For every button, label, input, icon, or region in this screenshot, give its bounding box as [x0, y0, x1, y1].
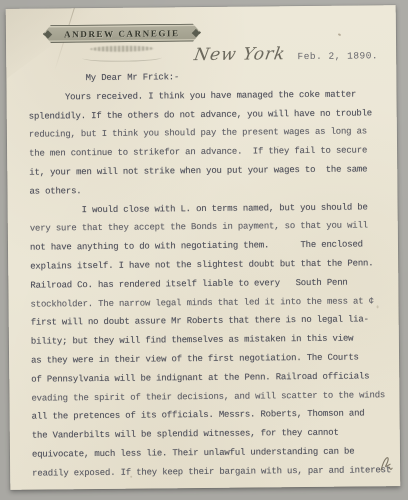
- letterhead-swash-ornament: [82, 53, 162, 62]
- letter-line: readily exposed. If they keep their barg…: [32, 461, 390, 483]
- letter-line: the men continue to strikefor an advance…: [29, 141, 387, 163]
- letter-body: My Dear Mr Frick:- Yours received. I thi…: [28, 66, 390, 483]
- letterhead: ANDREW CARNEGIE: [36, 23, 208, 65]
- letter-line: very sure that they accept the Bonds in …: [30, 217, 388, 239]
- banner-tip-ornament: [192, 29, 200, 37]
- letter-line: evading the spirit of their decisions, a…: [31, 386, 389, 408]
- letterhead-subtext-flourish: [90, 45, 154, 52]
- banner-tip-ornament: [44, 30, 52, 38]
- letterhead-banner: ANDREW CARNEGIE: [43, 23, 201, 44]
- dateline: New York Feb. 2, 1890.: [194, 43, 378, 65]
- paper-stain-speck: [338, 33, 342, 36]
- letter-paper: ANDREW CARNEGIE New York Feb. 2, 1890. M…: [6, 5, 401, 490]
- letter-line: it, your men will not strike when you pu…: [29, 160, 387, 182]
- letterhead-name: ANDREW CARNEGIE: [64, 28, 180, 39]
- typed-date-text: Feb. 2, 1890.: [297, 50, 378, 62]
- letter-line: stockholder. The narrow legal minds that…: [30, 292, 388, 314]
- scan-background: ANDREW CARNEGIE New York Feb. 2, 1890. M…: [0, 0, 408, 500]
- place-script-text: New York: [192, 44, 287, 65]
- handwritten-flourish-mark: [378, 453, 394, 478]
